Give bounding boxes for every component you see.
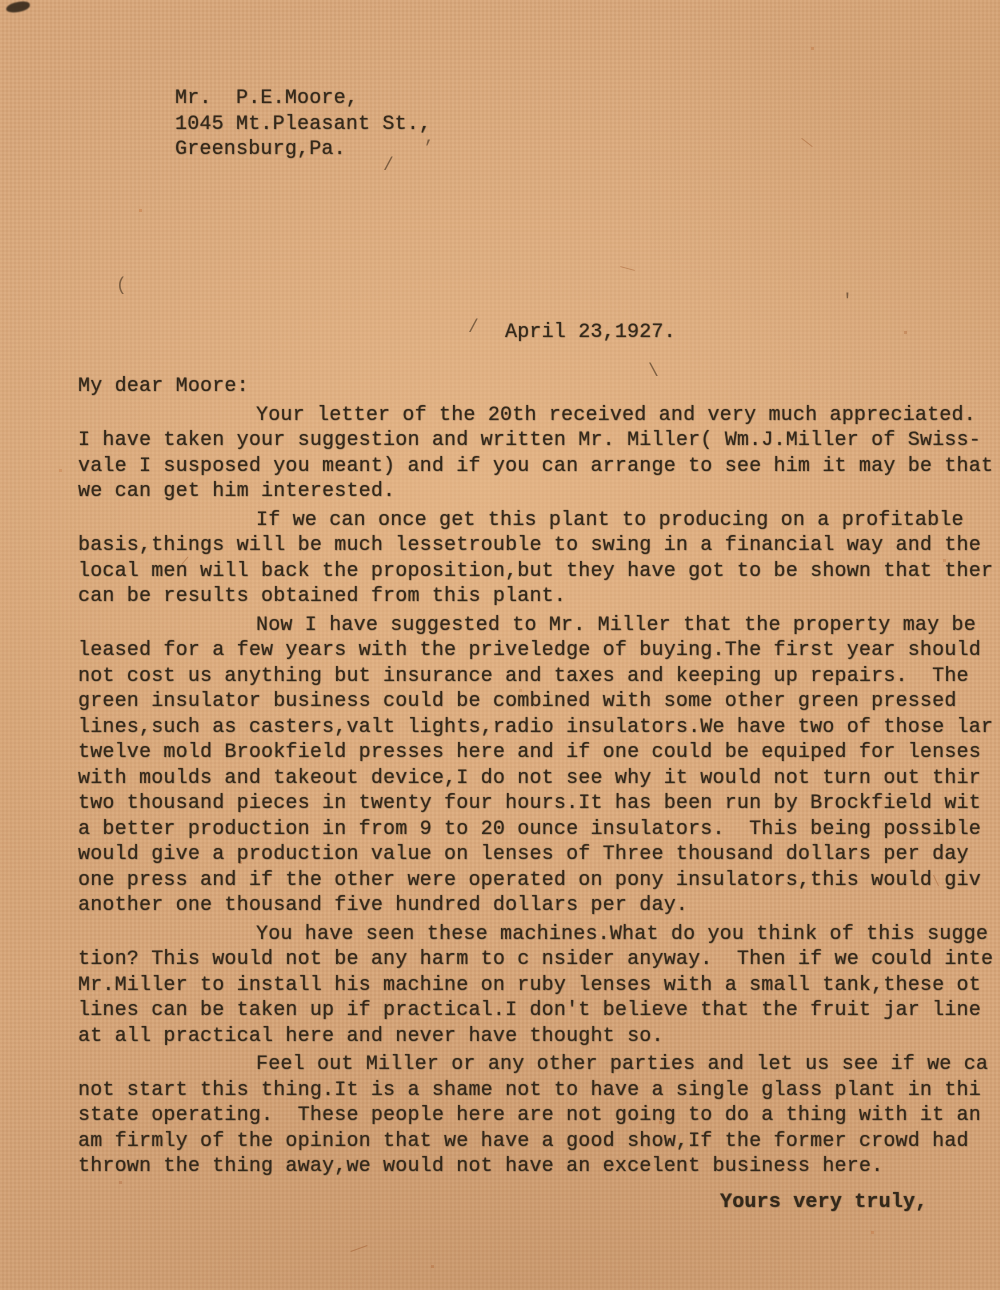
letter-line: with moulds and takeout device,I do not … (78, 766, 1000, 792)
letter-line: basis,things will be much lessetrouble t… (78, 533, 1000, 559)
letter-line: lines can be taken up if practical.I don… (78, 998, 1000, 1024)
letter-line: state operating. These people here are n… (78, 1103, 1000, 1129)
salutation: My dear Moore: (78, 374, 1000, 400)
letter-line: green insulator business could be combin… (78, 689, 1000, 715)
paper-fiber (801, 138, 813, 147)
address-line: Greensburg,Pa. (175, 137, 431, 163)
paragraph: Now I have suggested to Mr. Miller that … (78, 613, 1000, 919)
letter-line: not start this thing.It is a shame not t… (78, 1078, 1000, 1104)
letter-line: You have seen these machines.What do you… (78, 922, 1000, 948)
letter-line: not cost us anything but insurance and t… (78, 664, 1000, 690)
letter-line: another one thousand five hundred dollar… (78, 893, 1000, 919)
paper-fibers (0, 0, 1, 1)
closing: Yours very truly, (720, 1190, 927, 1216)
paper-fiber (620, 266, 635, 271)
letter-line: tion? This would not be any harm to c ns… (78, 947, 1000, 973)
address-line: Mr. P.E.Moore, (175, 86, 431, 112)
recipient-address: Mr. P.E.Moore, 1045 Mt.Pleasant St., Gre… (175, 86, 431, 163)
corner-smudge (5, 0, 30, 13)
letter-line: I have taken your suggestion and written… (78, 428, 1000, 454)
letter-line: we can get him interested. (78, 479, 1000, 505)
letter-line: two thousand pieces in twenty four hours… (78, 791, 1000, 817)
paragraph: Feel out Miller or any other parties and… (78, 1052, 1000, 1180)
stray-ink-mark: / (468, 318, 479, 338)
letter-line: a better production in from 9 to 20 ounc… (78, 817, 1000, 843)
letter-line: am firmly of the opinion that we have a … (78, 1129, 1000, 1155)
letter-line: Your letter of the 20th received and ver… (78, 403, 1000, 429)
letter-line: leased for a few years with the priveled… (78, 638, 1000, 664)
address-line: 1045 Mt.Pleasant St., (175, 112, 431, 138)
letter-line: can be results obtained from this plant. (78, 584, 1000, 610)
letter-line: lines,such as casters,valt lights,radio … (78, 715, 1000, 741)
letter-line: twelve mold Brookfield presses here and … (78, 740, 1000, 766)
letter-line: If we can once get this plant to produci… (78, 508, 1000, 534)
letter-line: Now I have suggested to Mr. Miller that … (78, 613, 1000, 639)
date-line: April 23,1927. (505, 320, 676, 346)
paper-fiber (350, 1245, 367, 1252)
letter-page: / , ( / \ ' Mr. P.E.Moore, 1045 Mt.Pleas… (0, 0, 1000, 1290)
paragraph: If we can once get this plant to produci… (78, 508, 1000, 610)
stray-ink-mark: ' (842, 292, 853, 312)
paragraph: You have seen these machines.What do you… (78, 922, 1000, 1050)
letter-line: would give a production value on lenses … (78, 842, 1000, 868)
letter-line: vale I susposed you meant) and if you ca… (78, 454, 1000, 480)
letter-line: local men will back the proposition,but … (78, 559, 1000, 585)
paragraph: Your letter of the 20th received and ver… (78, 403, 1000, 505)
letter-line: at all practical here and never have tho… (78, 1024, 1000, 1050)
letter-line: one press and if the other were operated… (78, 868, 1000, 894)
letter-line: Feel out Miller or any other parties and… (78, 1052, 1000, 1078)
letter-line: Mr.Miller to install his machine on ruby… (78, 973, 1000, 999)
letter-body: My dear Moore: Your letter of the 20th r… (78, 374, 1000, 1180)
letter-line: thrown the thing away,we would not have … (78, 1154, 1000, 1180)
stray-ink-mark: ( (116, 276, 127, 296)
